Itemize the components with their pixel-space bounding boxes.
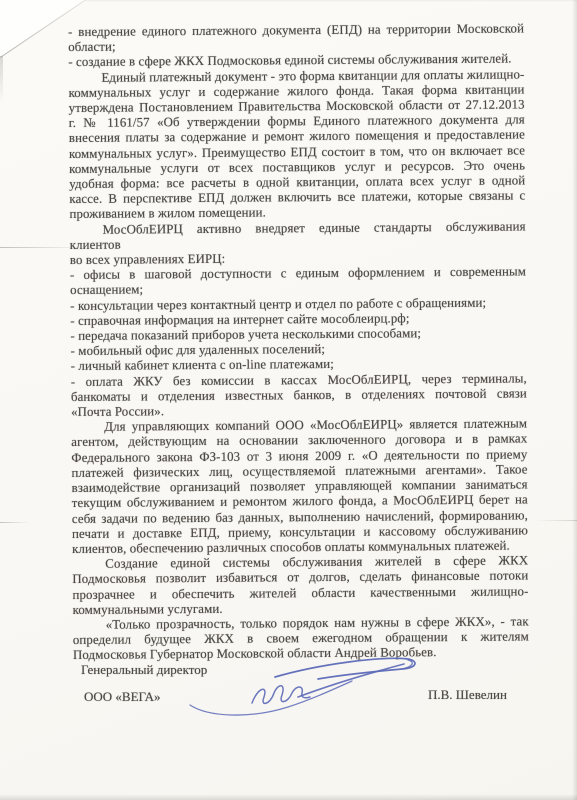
text-line: МосОблЕИРЦ активно внедряет единые станд… — [70, 219, 526, 253]
document-body: - внедрение единого платежного документа… — [68, 21, 529, 663]
handwritten-signature-ink — [180, 645, 435, 723]
signature-company-name: ООО «ВЕГА» — [84, 689, 161, 704]
scan-edge-shadow — [0, 794, 577, 800]
signer-name: П.В. Шевелин — [428, 687, 507, 702]
fold-shadow — [0, 56, 3, 102]
scan-edge-shadow — [572, 0, 577, 800]
paper-crease — [0, 522, 30, 523]
scan-edge-shadow — [86, 0, 577, 2]
scanned-letter-page: - внедрение единого платежного документа… — [0, 0, 577, 800]
paper-crease — [535, 520, 577, 521]
